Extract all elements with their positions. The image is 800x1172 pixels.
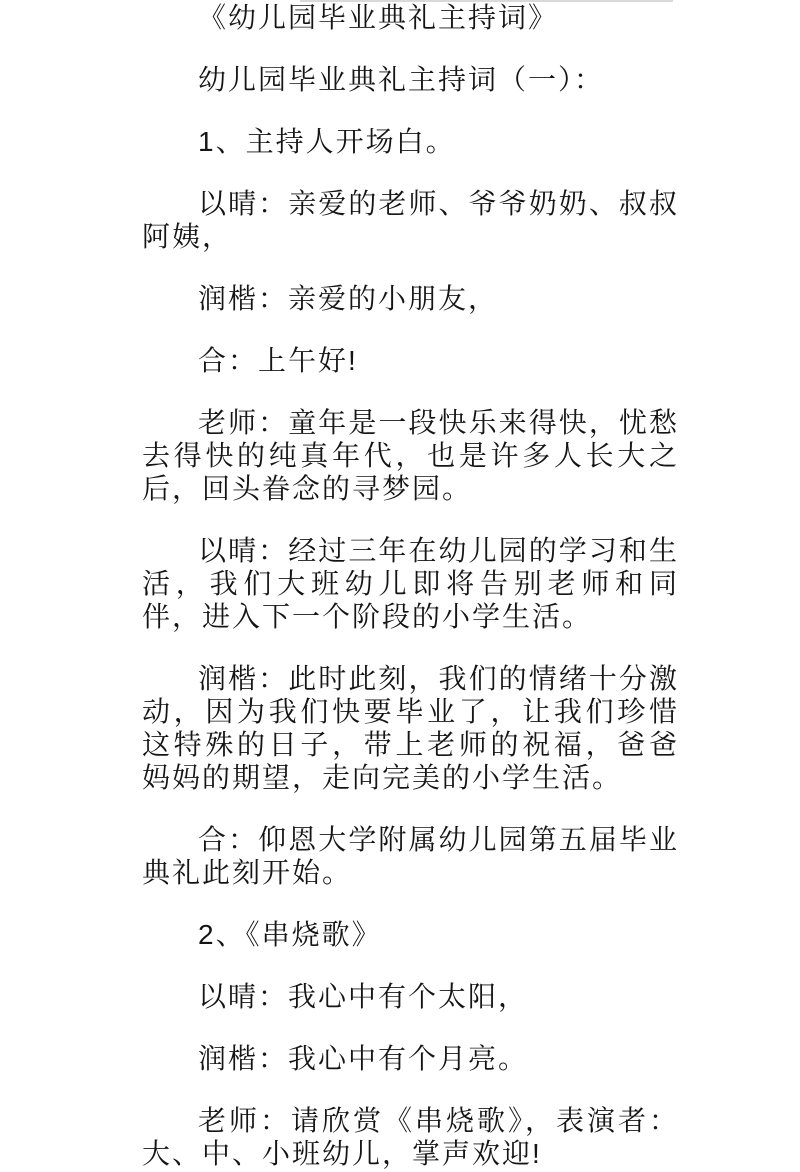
- paragraph: 老师：请欣赏《串烧歌》，表演者：大、中、小班幼儿，掌声欢迎!: [142, 1104, 679, 1170]
- paragraph: 老师：童年是一段快乐来得快，忧愁去得快的纯真年代，也是许多人长大之后，回头眷念的…: [142, 406, 679, 505]
- paragraph: 润楷：此时此刻，我们的情绪十分激动，因为我们快要毕业了，让我们珍惜这特殊的日子，…: [142, 662, 679, 794]
- paragraph: 以晴：我心中有个太阳，: [142, 980, 679, 1013]
- paragraph: 以晴：经过三年在幼儿园的学习和生活，我们大班幼儿即将告别老师和同伴，进入下一个阶…: [142, 534, 679, 633]
- document-page: 《幼儿园毕业典礼主持词》 幼儿园毕业典礼主持词（一）： 1、主持人开场白。 以晴…: [0, 0, 800, 1172]
- paragraph: 润楷：我心中有个月亮。: [142, 1042, 679, 1075]
- paragraph: 润楷：亲爱的小朋友，: [142, 282, 679, 315]
- paragraph: 以晴：亲爱的老师、爷爷奶奶、叔叔阿姨，: [142, 187, 679, 253]
- section-heading: 幼儿园毕业典礼主持词（一）：: [142, 63, 679, 96]
- list-item-1: 1、主持人开场白。: [142, 125, 679, 158]
- document-content: 《幼儿园毕业典礼主持词》 幼儿园毕业典礼主持词（一）： 1、主持人开场白。 以晴…: [142, 1, 679, 1170]
- paragraph: 合：上午好!: [142, 344, 679, 377]
- paragraph: 合：仰恩大学附属幼儿园第五届毕业典礼此刻开始。: [142, 823, 679, 889]
- document-title: 《幼儿园毕业典礼主持词》: [142, 1, 679, 34]
- list-item-2: 2、《串烧歌》: [142, 918, 679, 951]
